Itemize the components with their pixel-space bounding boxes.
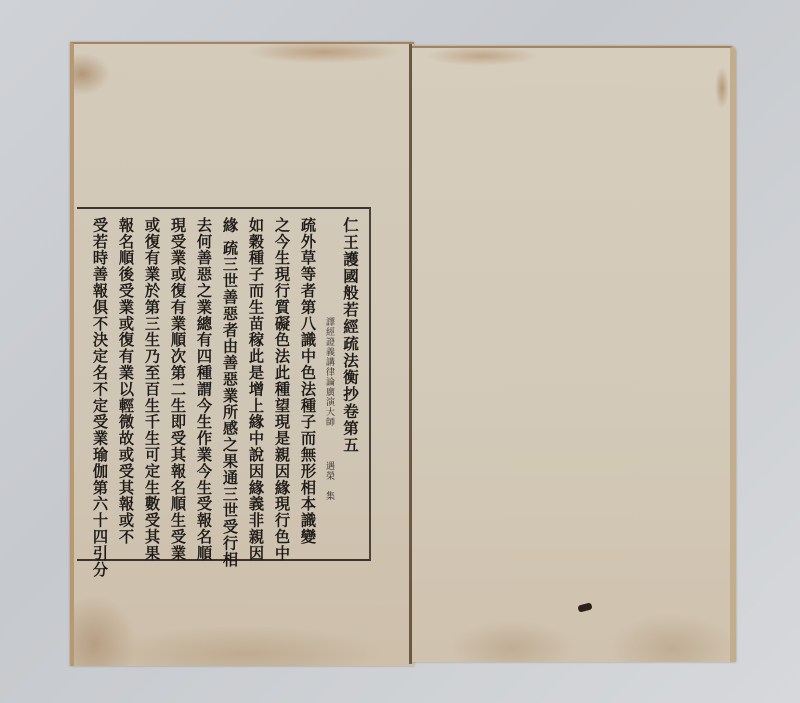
- text-column: 如穀種子而生苗稼此是增上緣中說因緣義非親因: [243, 217, 269, 555]
- printed-text-block: 仁王護國般若經疏法衡抄卷第五 譯經證義講律論廣演大師 遇榮 集 疏外草等者第八識…: [77, 207, 371, 561]
- author-name: 遇榮: [324, 461, 334, 481]
- text-column: 受若時善報俱不決定名不定受業瑜伽第六十四引分: [87, 217, 113, 555]
- text-column: 緣 疏三世善惡者由善惡業所感之果通三世受行相: [217, 217, 243, 555]
- text-column: 或復有業於第三生乃至百生千生可定生數受其果: [139, 217, 165, 555]
- book-title: 仁王護國般若經疏法衡抄卷第五: [337, 217, 363, 555]
- text-column: 報名順後受業或復有業以輕微故或受其報或不: [113, 217, 139, 555]
- right-page-blank: [412, 46, 736, 662]
- text-columns: 仁王護國般若經疏法衡抄卷第五 譯經證義講律論廣演大師 遇榮 集 疏外草等者第八識…: [77, 217, 369, 555]
- compile-mark: 集: [324, 491, 334, 501]
- text-column: 去何善惡之業總有四種謂今生作業今生受報名順: [191, 217, 217, 555]
- text-column: 現受業或復有業順次第二生即受其報名順生受業: [165, 217, 191, 555]
- text-column: 之今生現行質礙色法此種望現是親因緣現行色中: [269, 217, 295, 555]
- text-column: 疏外草等者第八識中色法種子而無形相本識變: [295, 217, 321, 555]
- byline: 譯經證義講律論廣演大師 遇榮 集: [321, 217, 337, 555]
- left-page: 仁王護國般若經疏法衡抄卷第五 譯經證義講律論廣演大師 遇榮 集 疏外草等者第八識…: [70, 42, 414, 666]
- translator-title: 譯經證義講律論廣演大師: [324, 317, 334, 427]
- open-book: 仁王護國般若經疏法衡抄卷第五 譯經證義講律論廣演大師 遇榮 集 疏外草等者第八識…: [0, 0, 800, 703]
